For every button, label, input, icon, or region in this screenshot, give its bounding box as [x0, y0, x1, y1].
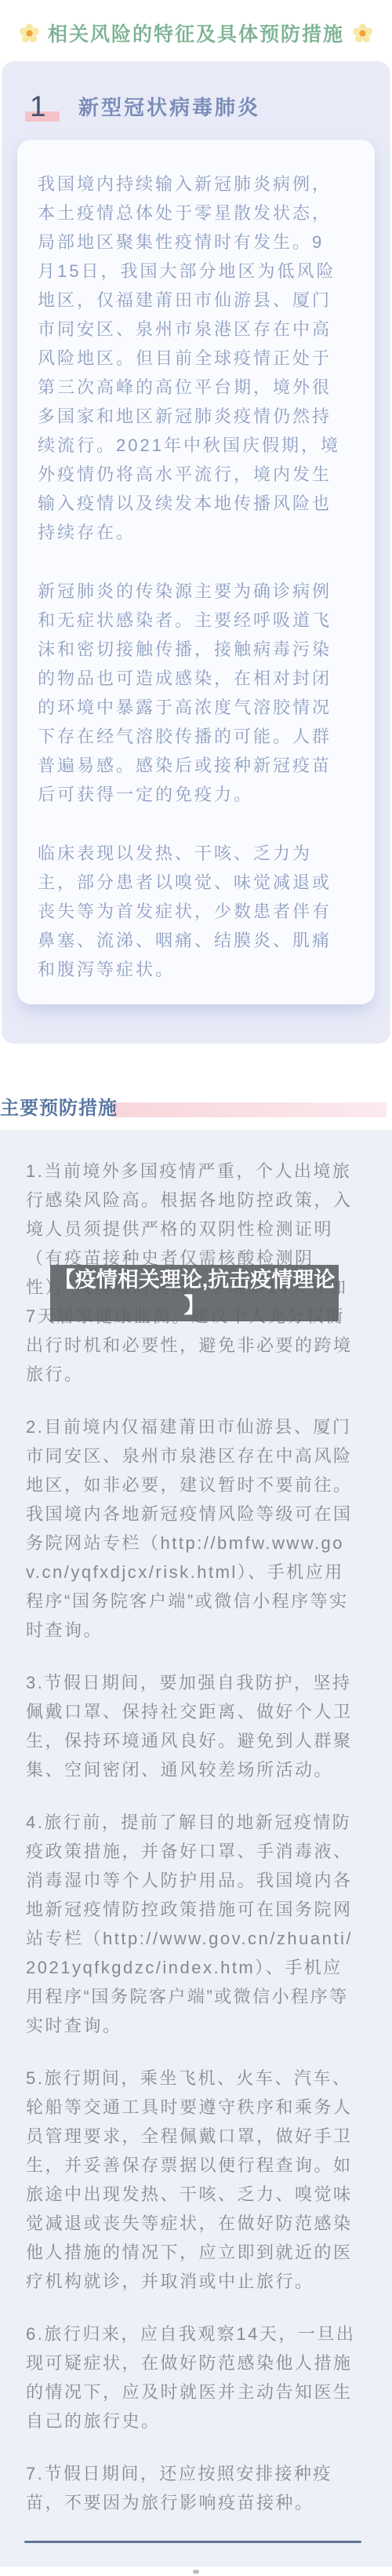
risk-section-title: 新型冠状病毒肺炎 [78, 92, 260, 124]
flower-icon [352, 23, 373, 44]
page-title: 相关风险的特征及具体预防措施 [48, 19, 344, 47]
flower-icon [19, 23, 40, 44]
prevention-heading-text: 主要预防措施 [0, 1095, 118, 1122]
bottom-strip [0, 2567, 392, 2576]
section-number-badge: 1 [30, 89, 64, 124]
prevention-item: 2.目前境内仅福建莆田市仙游县、厦门市同安区、泉州市泉港区存在中高风险地区，如非… [26, 1412, 358, 1645]
risk-section-title-row: 1 新型冠状病毒肺炎 [17, 89, 375, 124]
watermark-text-line: 【疫情相关理论,抗击疫情理论 [54, 1267, 336, 1293]
page-header: 相关风险的特征及具体预防措施 [0, 0, 392, 60]
risk-paragraph: 临床表现以发热、干咳、乏力为主，部分患者以嗅觉、味觉减退或丧失等为首发症状，少数… [38, 839, 340, 984]
watermark-overlay: 【疫情相关理论,抗击疫情理论 】 [50, 1265, 339, 1321]
scroll-indicator-dot [193, 2570, 199, 2574]
prevention-item: 4.旅行前，提前了解目的地新冠疫情防疫政策措施，并备好口罩、手消毒液、消毒湿巾等… [26, 1808, 358, 2040]
watermark-text-line: 】 [184, 1293, 205, 1319]
risk-description-card: 我国境内持续输入新冠肺炎病例，本土疫情总体处于零星散发状态，局部地区聚集性疫情时… [17, 140, 375, 1004]
heading-pink-bar [111, 1102, 387, 1117]
prevention-item: 3.节假日期间，要加强自我防护，坚持佩戴口罩、保持社交距离、做好个人卫生，保持环… [26, 1668, 358, 1784]
prevention-item: 7.节假日期间，还应按照安排接种疫苗，不要因为旅行影响疫苗接种。 [26, 2459, 358, 2517]
prevention-item: 5.旅行期间，乘坐飞机、火车、汽车、轮船等交通工具时要遵守秩序和乘务人员管理要求… [26, 2064, 358, 2296]
risk-paragraph: 我国境内持续输入新冠肺炎病例，本土疫情总体处于零星散发状态，局部地区聚集性疫情时… [38, 169, 340, 547]
section-number: 1 [30, 90, 46, 122]
prevention-list: 1.当前境外多国疫情严重，个人出境旅行感染风险高。根据各地防控政策，入境人员须提… [0, 1130, 392, 2567]
prevention-item: 6.旅行归来，应自我观察14天，一旦出现可疑症状，在做好防范感染他人措施的情况下… [26, 2319, 358, 2436]
bottom-divider [24, 2541, 361, 2543]
risk-section: 1 新型冠状病毒肺炎 我国境内持续输入新冠肺炎病例，本土疫情总体处于零星散发状态… [2, 61, 390, 1044]
risk-paragraph: 新冠肺炎的传染源主要为确诊病例和无症状感染者。主要经呼吸道飞沫和密切接触传播，接… [38, 577, 340, 809]
health-advisory-page: 相关风险的特征及具体预防措施 1 新型冠状病毒肺炎 我国境内持续输入新冠肺炎病例… [0, 0, 392, 2576]
prevention-heading: 主要预防措施 [0, 1095, 392, 1127]
